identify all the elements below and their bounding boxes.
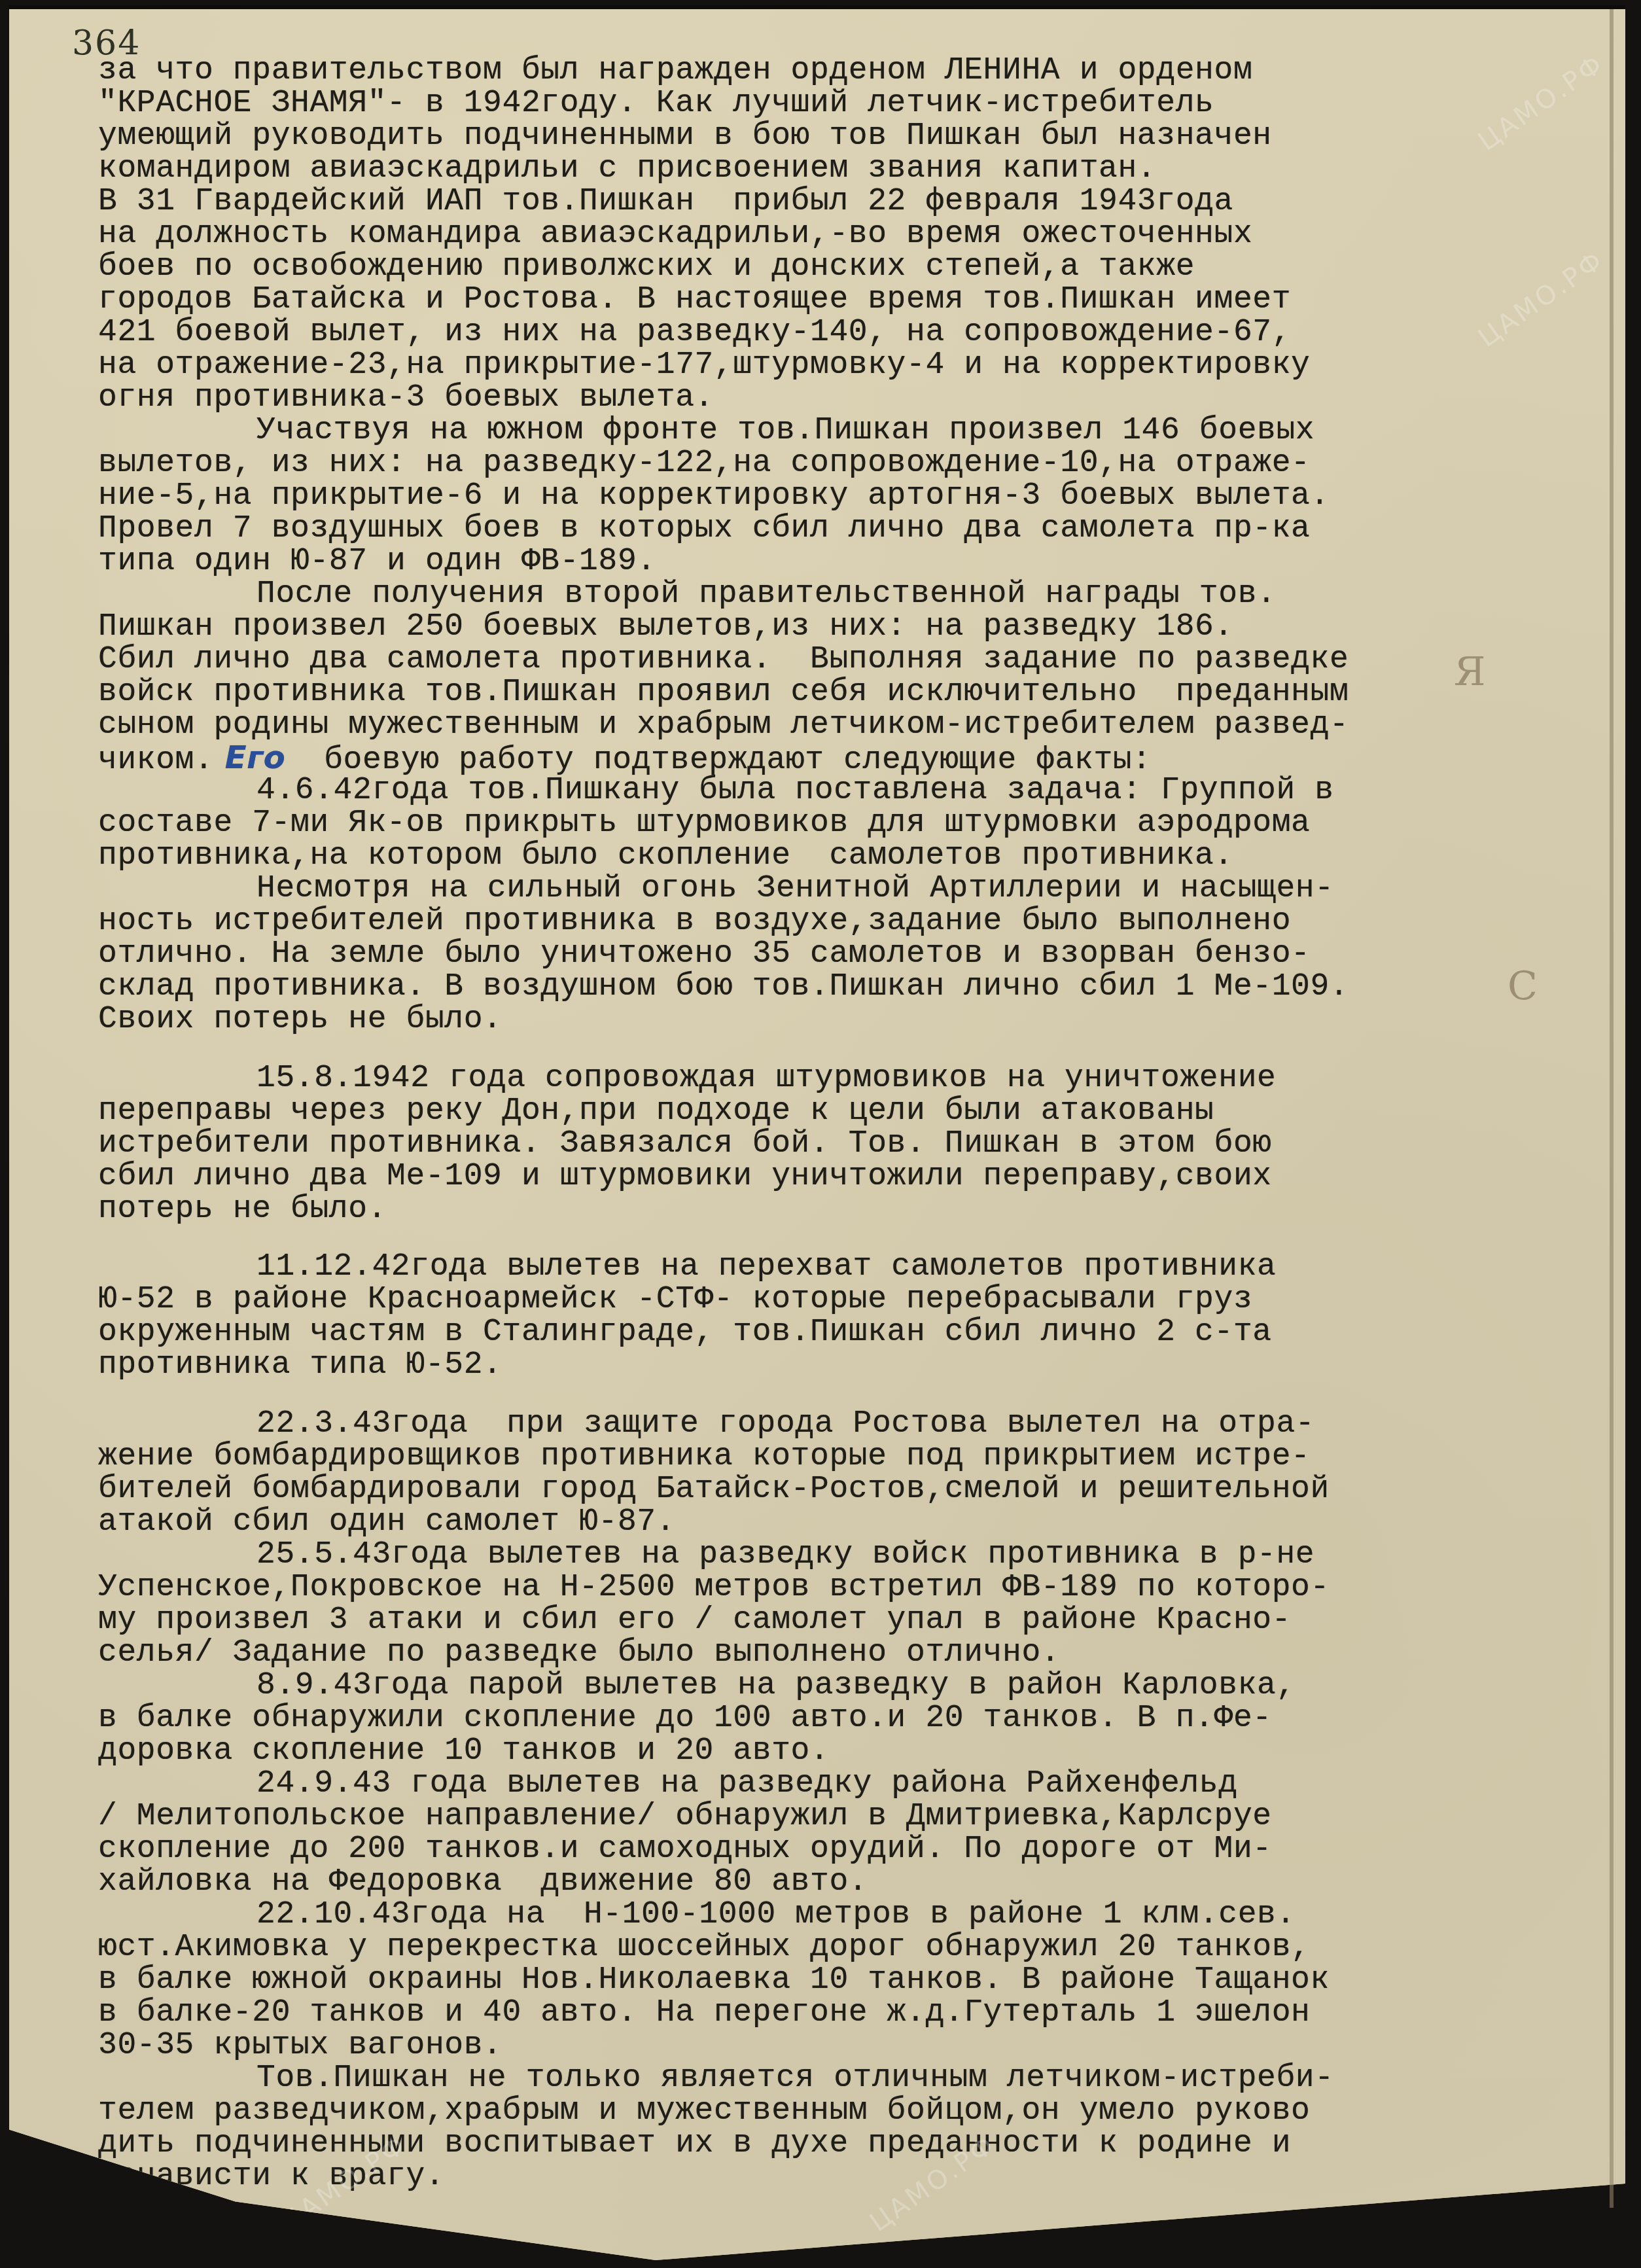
text-line: Успенское,Покровское на Н-2500 метров вс… xyxy=(98,1570,1330,1604)
typed-text: окруженным частям в Сталинграде, тов.Пиш… xyxy=(98,1315,1272,1350)
typed-text: телем разведчиком,храбрым и мужественным… xyxy=(98,2093,1311,2129)
text-line: 15.8.1942 года сопровождая штурмовиков н… xyxy=(256,1061,1276,1095)
text-line: огня противника-3 боевых вылета. xyxy=(98,381,714,415)
typed-text: 22.3.43года при защите города Ростова вы… xyxy=(256,1406,1315,1442)
typed-text: 8.9.43года парой вылетев на разведку в р… xyxy=(256,1668,1296,1703)
document-page: 364 за что правительством был награжден … xyxy=(9,9,1625,2260)
text-line: сбил лично два Ме-109 и штурмовики уничт… xyxy=(98,1160,1272,1194)
typed-text: командиром авиаэскадрильи с присвоением … xyxy=(98,151,1156,186)
typed-text: противника типа Ю-52. xyxy=(98,1347,503,1383)
text-line: противника,на котором было скопление сам… xyxy=(98,839,1233,873)
text-line: ние-5,на прикрытие-6 и на корректировку … xyxy=(98,479,1330,513)
text-line: чиком. Его боевую работу подтверждают сл… xyxy=(98,741,1152,777)
text-line: юст.Акимовка у перекрестка шоссейных дор… xyxy=(98,1930,1311,1964)
text-line: переправы через реку Дон,при подходе к ц… xyxy=(98,1094,1214,1128)
text-line: жение бомбардировщиков противника которы… xyxy=(98,1440,1311,1474)
typed-text: войск противника тов.Пишкан проявил себя… xyxy=(98,675,1349,710)
typed-text: типа один Ю-87 и один ФВ-189. xyxy=(98,544,656,579)
text-line: / Мелитопольское направление/ обнаружил … xyxy=(98,1799,1272,1834)
text-line: 25.5.43года вылетев на разведку войск пр… xyxy=(256,1538,1315,1572)
text-line: войск противника тов.Пишкан проявил себя… xyxy=(98,675,1349,709)
text-line: истребители противника. Завязался бой. Т… xyxy=(98,1127,1272,1161)
text-line: городов Батайска и Ростова. В настоящее … xyxy=(98,283,1291,317)
typed-text: доровка скопление 10 танков и 20 авто. xyxy=(98,1733,829,1769)
typed-text: за что правительством был награжден орде… xyxy=(98,53,1252,88)
typed-text: юст.Акимовка у перекрестка шоссейных дор… xyxy=(98,1930,1311,1965)
typed-text: чиком. xyxy=(98,743,213,778)
typed-text: Тов.Пишкан не только является отличным л… xyxy=(256,2061,1334,2096)
text-line: атакой сбил один самолет Ю-87. xyxy=(98,1505,675,1539)
watermark: ЦАМО.РФ xyxy=(1473,48,1610,157)
text-line: 30-35 крытых вагонов. xyxy=(98,2029,503,2063)
text-line: му произвел 3 атаки и сбил его / самолет… xyxy=(98,1603,1291,1637)
typed-text: ность истребителей противника в воздухе,… xyxy=(98,904,1291,939)
typed-text: Участвуя на южном фронте тов.Пишкан прои… xyxy=(256,413,1315,448)
text-line: 4.6.42года тов.Пишкану была поставлена з… xyxy=(256,773,1334,807)
text-line: Тов.Пишкан не только является отличным л… xyxy=(256,2061,1334,2095)
typed-text: 22.10.43года на Н-100-1000 метров в райо… xyxy=(256,1897,1296,1932)
margin-pencil-mark: С xyxy=(1508,963,1538,1009)
text-line: умеющий руководить подчиненными в бою то… xyxy=(98,119,1272,153)
text-line: В 31 Гвардейский ИАП тов.Пишкан прибыл 2… xyxy=(98,185,1233,219)
typed-text: переправы через реку Дон,при подходе к ц… xyxy=(98,1093,1214,1129)
typed-text: Сбил лично два самолета противника. Выпо… xyxy=(98,642,1349,677)
typed-text: селья/ Задание по разведке было выполнен… xyxy=(98,1635,1060,1671)
text-line: хайловка на Федоровка движение 80 авто. xyxy=(98,1865,868,1899)
text-line: Участвуя на южном фронте тов.Пишкан прои… xyxy=(256,414,1315,448)
text-line: командиром авиаэскадрильи с присвоением … xyxy=(98,152,1156,186)
typed-text: / Мелитопольское направление/ обнаружил … xyxy=(98,1799,1272,1834)
text-line: телем разведчиком,храбрым и мужественным… xyxy=(98,2094,1311,2128)
text-line: в балке обнаружили скопление до 100 авто… xyxy=(98,1701,1272,1735)
typed-text: склад противника. В воздушном бою тов.Пи… xyxy=(98,969,1349,1004)
text-line: потерь не было. xyxy=(98,1192,387,1226)
typed-text: сбил лично два Ме-109 и штурмовики уничт… xyxy=(98,1159,1272,1194)
text-line: типа один Ю-87 и один ФВ-189. xyxy=(98,544,656,578)
handwritten-insertion: Его xyxy=(213,739,285,776)
typed-text: 11.12.42года вылетев на перехват самолет… xyxy=(256,1249,1276,1285)
typed-text: противника,на котором было скопление сам… xyxy=(98,838,1233,874)
typed-text: 24.9.43 года вылетев на разведку района … xyxy=(256,1766,1238,1801)
typed-text: атакой сбил один самолет Ю-87. xyxy=(98,1504,675,1540)
typed-text: на должность командира авиаэскадрильи,-в… xyxy=(98,217,1252,252)
text-line: селья/ Задание по разведке было выполнен… xyxy=(98,1636,1060,1670)
text-line: дить подчиненными воспитывает их в духе … xyxy=(98,2127,1291,2161)
text-line: 22.3.43года при защите города Ростова вы… xyxy=(256,1407,1315,1441)
text-line: скопление до 200 танков.и самоходных ору… xyxy=(98,1832,1272,1866)
text-line: в балке-20 танков и 40 авто. На перегоне… xyxy=(98,1996,1311,2030)
typed-text: 4.6.42года тов.Пишкану была поставлена з… xyxy=(256,773,1334,808)
typed-text: сыном родины мужественным и храбрым летч… xyxy=(98,707,1349,743)
text-line: боев по освобождению приволжских и донск… xyxy=(98,250,1195,284)
text-line: за что правительством был награжден орде… xyxy=(98,54,1252,88)
typed-text: потерь не было. xyxy=(98,1192,387,1227)
text-line: окруженным частям в Сталинграде, тов.Пиш… xyxy=(98,1315,1272,1349)
typed-text: в балке-20 танков и 40 авто. На перегоне… xyxy=(98,1995,1311,2030)
watermark: ЦАМО.РФ xyxy=(1473,245,1610,353)
text-line: 24.9.43 года вылетев на разведку района … xyxy=(256,1767,1238,1801)
typed-text: боев по освобождению приволжских и донск… xyxy=(98,249,1195,285)
text-line: Ю-52 в районе Красноармейск -СТФ- которы… xyxy=(98,1283,1252,1317)
text-line: в балке южной окраины Нов.Николаевка 10 … xyxy=(98,1963,1330,1997)
typed-text: После получения второй правительственной… xyxy=(256,576,1276,612)
typed-text: жение бомбардировщиков противника которы… xyxy=(98,1439,1311,1474)
typed-text: в балке южной окраины Нов.Николаевка 10 … xyxy=(98,1962,1330,1998)
typed-text: Провел 7 воздушных боев в которых сбил л… xyxy=(98,511,1311,546)
typed-text: городов Батайска и Ростова. В настоящее … xyxy=(98,282,1291,317)
typed-text: истребители противника. Завязался бой. Т… xyxy=(98,1126,1272,1161)
text-line: бителей бомбардировали город Батайск-Рос… xyxy=(98,1472,1330,1506)
text-line: "КРАСНОЕ ЗНАМЯ"- в 1942году. Как лучший … xyxy=(98,86,1214,120)
text-line: Пишкан произвел 250 боевых вылетов,из ни… xyxy=(98,610,1233,644)
typed-text: хайловка на Федоровка движение 80 авто. xyxy=(98,1864,868,1900)
text-line: Сбил лично два самолета противника. Выпо… xyxy=(98,643,1349,677)
typed-text: дить подчиненными воспитывает их в духе … xyxy=(98,2126,1291,2161)
text-line: отлично. На земле было уничтожено 35 сам… xyxy=(98,937,1311,971)
text-line: на отражение-23,на прикрытие-177,штурмов… xyxy=(98,348,1311,382)
text-line: Своих потерь не было. xyxy=(98,1002,503,1037)
text-line: 421 боевой вылет, из них на разведку-140… xyxy=(98,315,1291,349)
text-line: 22.10.43года на Н-100-1000 метров в райо… xyxy=(256,1898,1296,1932)
typed-text: 421 боевой вылет, из них на разведку-140… xyxy=(98,315,1291,350)
text-line: составе 7-ми Як-ов прикрыть штурмовиков … xyxy=(98,806,1311,840)
text-line: противника типа Ю-52. xyxy=(98,1348,503,1382)
text-line: на должность командира авиаэскадрильи,-в… xyxy=(98,217,1252,251)
typed-text: умеющий руководить подчиненными в бою то… xyxy=(98,118,1272,154)
typed-text: ние-5,на прикрытие-6 и на корректировку … xyxy=(98,478,1330,514)
text-line: склад противника. В воздушном бою тов.Пи… xyxy=(98,970,1349,1004)
typed-text: отлично. На земле было уничтожено 35 сам… xyxy=(98,936,1311,972)
text-line: сыном родины мужественным и храбрым летч… xyxy=(98,708,1349,742)
page-binding-edge xyxy=(1610,9,1614,2208)
text-line: ность истребителей противника в воздухе,… xyxy=(98,904,1291,938)
typed-text: 25.5.43года вылетев на разведку войск пр… xyxy=(256,1537,1315,1572)
text-line: После получения второй правительственной… xyxy=(256,577,1276,611)
typed-text: составе 7-ми Як-ов прикрыть штурмовиков … xyxy=(98,806,1311,841)
typed-text: скопление до 200 танков.и самоходных ору… xyxy=(98,1832,1272,1867)
text-line: 8.9.43года парой вылетев на разведку в р… xyxy=(256,1669,1296,1703)
text-line: вылетов, из них: на разведку-122,на сопр… xyxy=(98,446,1311,480)
typed-text: в балке обнаружили скопление до 100 авто… xyxy=(98,1701,1272,1736)
typed-text: бителей бомбардировали город Батайск-Рос… xyxy=(98,1472,1330,1507)
typed-text: на отражение-23,на прикрытие-177,штурмов… xyxy=(98,347,1311,383)
typed-text: Своих потерь не было. xyxy=(98,1002,503,1037)
text-line: Провел 7 воздушных боев в которых сбил л… xyxy=(98,512,1311,546)
margin-pencil-mark: Я xyxy=(1454,649,1485,695)
typed-text: В 31 Гвардейский ИАП тов.Пишкан прибыл 2… xyxy=(98,184,1233,219)
typed-text: 15.8.1942 года сопровождая штурмовиков н… xyxy=(256,1061,1276,1096)
typed-text: "КРАСНОЕ ЗНАМЯ"- в 1942году. Как лучший … xyxy=(98,86,1214,121)
typed-text: огня противника-3 боевых вылета. xyxy=(98,380,714,416)
typed-text: му произвел 3 атаки и сбил его / самолет… xyxy=(98,1603,1291,1638)
text-line: Несмотря на сильный огонь Зенитной Артил… xyxy=(256,872,1334,906)
typed-text: Несмотря на сильный огонь Зенитной Артил… xyxy=(256,871,1334,906)
typed-text: Пишкан произвел 250 боевых вылетов,из ни… xyxy=(98,609,1233,645)
typed-text: 30-35 крытых вагонов. xyxy=(98,2028,503,2063)
text-line: 11.12.42года вылетев на перехват самолет… xyxy=(256,1250,1276,1284)
typed-text: Ю-52 в районе Красноармейск -СТФ- которы… xyxy=(98,1282,1252,1317)
typed-text: вылетов, из них: на разведку-122,на сопр… xyxy=(98,446,1311,481)
typed-text: Успенское,Покровское на Н-2500 метров вс… xyxy=(98,1570,1330,1605)
text-line: доровка скопление 10 танков и 20 авто. xyxy=(98,1734,829,1768)
